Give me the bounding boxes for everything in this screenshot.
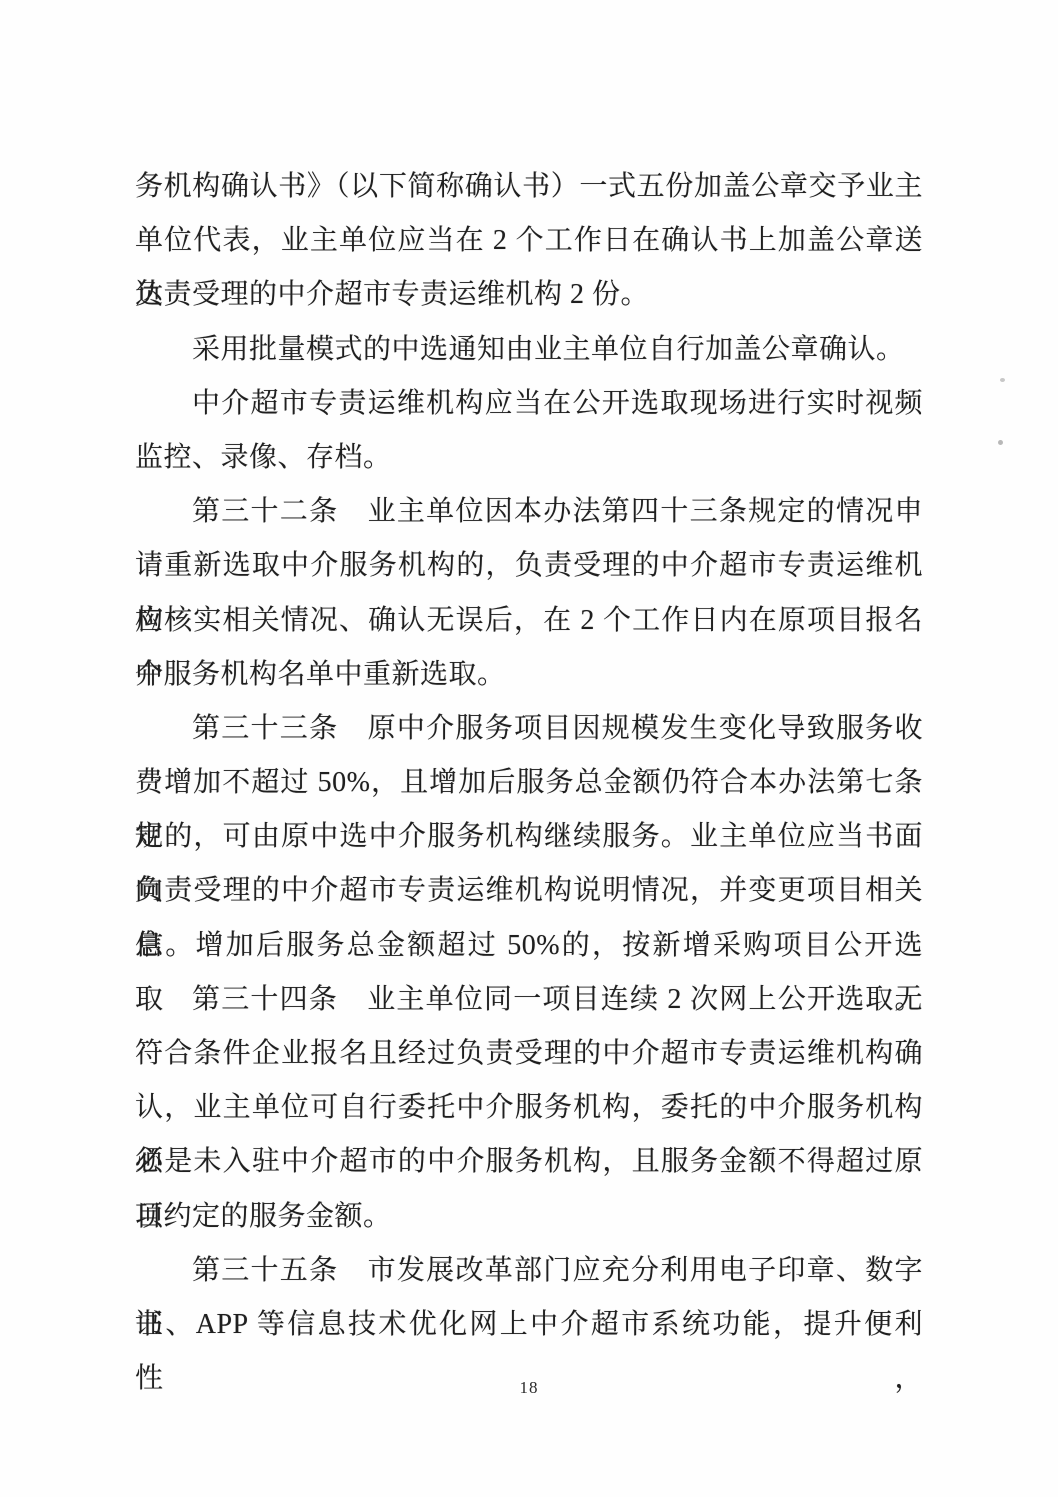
scan-speck — [1000, 378, 1005, 382]
text-line: 定的，可由原中选中介服务机构继续服务。业主单位应当书面向 — [135, 810, 923, 864]
text-line: 采用批量模式的中选通知由业主单位自行加盖公章确认。 — [135, 323, 923, 377]
text-line: 目约定的服务金额。 — [135, 1190, 923, 1244]
text-line: 认，业主单位可自行委托中介服务机构，委托的中介服务机构必 — [135, 1081, 923, 1135]
text-line: 负责受理的中介超市专责运维机构 2 份。 — [135, 268, 923, 322]
text-line: 监控、录像、存档。 — [135, 431, 923, 485]
text-line: 应核实相关情况、确认无误后，在 2 个工作日内在原项目报名中 — [135, 594, 923, 648]
page-number: 18 — [0, 1378, 1058, 1398]
text-line: 请重新选取中介服务机构的，负责受理的中介超市专责运维机构 — [135, 539, 923, 593]
text-line: 负责受理的中介超市专责运维机构说明情况，并变更项目相关信 — [135, 864, 923, 918]
text-block: 务机构确认书》（以下简称确认书）一式五份加盖公章交予业主 单位代表，业主单位应当… — [135, 160, 923, 1352]
scan-speck — [998, 440, 1003, 445]
text-line: 第三十四条 业主单位同一项目连续 2 次网上公开选取无 — [135, 973, 923, 1027]
text-line: 务机构确认书》（以下简称确认书）一式五份加盖公章交予业主 — [135, 160, 923, 214]
text-line: 符合条件企业报名且经过负责受理的中介超市专责运维机构确 — [135, 1027, 923, 1081]
text-line: 第三十五条 市发展改革部门应充分利用电子印章、数字证 — [135, 1244, 923, 1298]
text-line: 第三十二条 业主单位因本办法第四十三条规定的情况申 — [135, 485, 923, 539]
text-line: 中介超市专责运维机构应当在公开选取现场进行实时视频 — [135, 377, 923, 431]
text-line: 介服务机构名单中重新选取。 — [135, 648, 923, 702]
text-line: 息。增加后服务总金额超过 50%的，按新增采购项目公开选取。 — [135, 919, 923, 973]
document-page: 务机构确认书》（以下简称确认书）一式五份加盖公章交予业主 单位代表，业主单位应当… — [0, 0, 1058, 1497]
text-line: 单位代表，业主单位应当在 2 个工作日在确认书上加盖公章送达 — [135, 214, 923, 268]
text-line: 第三十三条 原中介服务项目因规模发生变化导致服务收 — [135, 702, 923, 756]
text-line: 书、APP 等信息技术优化网上中介超市系统功能，提升便利性， — [135, 1298, 923, 1352]
text-line: 费增加不超过 50%，且增加后服务总金额仍符合本办法第七条规 — [135, 756, 923, 810]
text-line: 须是未入驻中介超市的中介服务机构，且服务金额不得超过原项 — [135, 1135, 923, 1189]
